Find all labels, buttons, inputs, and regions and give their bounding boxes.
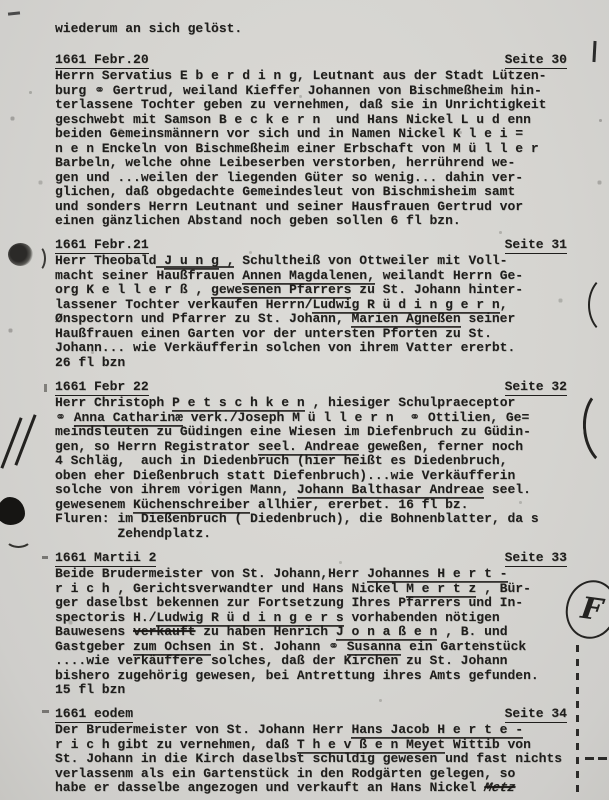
entry-page-ref: Seite 33	[505, 551, 567, 567]
entry-line: bishero zugehörig gewesen, bei Antrettun…	[55, 669, 592, 684]
paper-noise	[0, 0, 1, 1]
entry-date: 1661 Martii 2	[55, 551, 156, 567]
entry-line: Gastgeber zum Ochsen in St. Johann ⚭ Sus…	[55, 640, 592, 655]
double-slash-icon	[0, 417, 22, 468]
entry-line: Bauwesens verkauft zu haben Henrich J o …	[55, 625, 592, 640]
entry-line: gen, so Herrn Registrator seel. Andreae …	[55, 440, 592, 455]
entry-line: Der Brudermeister von St. Johann Herr Ha…	[55, 723, 592, 738]
entry-line: org K e l l e r ß , gewesenen Pfarrers z…	[55, 283, 592, 298]
dashed-margin-line	[576, 645, 579, 797]
entry-page-ref: Seite 32	[505, 380, 567, 396]
entry-line: solche von ihrem vorigen Mann, Johann Ba…	[55, 483, 592, 498]
entry-line: gen und ...weilen der liegenden Güter so…	[55, 171, 592, 186]
scanned-register-page: wiederum an sich gelöst. 1661 Febr.20Sei…	[0, 0, 609, 800]
entry-header: 1661 Febr.20Seite 30	[55, 53, 567, 69]
entry-date: 1661 Febr.21	[55, 238, 149, 254]
entry-line: oben eher Dießenbruch statt Diefenbruch)…	[55, 469, 592, 484]
entry-date: 1661 Febr.20	[55, 53, 149, 69]
entry-line: glichen, daß obgedachte Gemeindesleut vo…	[55, 185, 592, 200]
entry-line: geschwebt mit Samson B e c k e r n und H…	[55, 113, 592, 128]
entry-line: Herr Christoph P e t s c h k e n , hiesi…	[55, 396, 592, 411]
entry-page-ref: Seite 30	[505, 53, 567, 69]
entry-line: Herr Theobald J u n g , Schultheiß von O…	[55, 254, 592, 269]
entry-header: 1661 eodemSeite 34	[55, 707, 567, 723]
entry-line: Ønspectorn und Pfarrer zu St. Johann, Ma…	[55, 312, 592, 327]
entry-date: 1661 eodem	[55, 707, 133, 723]
circled-letter-label: F	[579, 593, 604, 626]
entry-line: Zehendplatz.	[55, 527, 592, 542]
entry-line: r i c h , Gerichtsverwandter und Hans Ni…	[55, 582, 592, 597]
entry-line: beiden Gemeinsmännern vor sich und in Na…	[55, 127, 592, 142]
entry-line: verlassenm als ein Gartenstück in den Ro…	[55, 767, 592, 782]
entry-header: 1661 Febr 22Seite 32	[55, 380, 567, 396]
entry-line: ⚭ Anna Catharinæ verk./Joseph M ü l l e …	[55, 411, 592, 426]
pen-tick-icon	[592, 41, 596, 62]
entry-line: lassener Tochter verkaufen Herrn/Ludwig …	[55, 298, 592, 313]
register-entry: 1661 eodemSeite 34Der Brudermeister von …	[55, 707, 592, 796]
entry-line: Herrn Servatius E b e r d i n g, Leutnan…	[55, 69, 592, 84]
entry-line: St. Johann in die Kirch daselbst schuldi…	[55, 752, 592, 767]
entry-date: 1661 Febr 22	[55, 380, 149, 396]
entry-line: 4 Schläg, auch in Diedenbruch (hier heiß…	[55, 454, 592, 469]
entry-line: und sonders Herrn Leutnant und seiner Ha…	[55, 200, 592, 215]
entry-line: r i c h gibt zu vernehmen, daß T h e v ß…	[55, 738, 592, 753]
pen-arc-icon	[5, 529, 32, 548]
entry-line: terlassene Tochter geben zu vernehmen, d…	[55, 98, 592, 113]
scan-speck-icon	[44, 384, 47, 392]
entry-header: 1661 Martii 2Seite 33	[55, 551, 567, 567]
pen-dash-icon	[8, 11, 20, 15]
entry-line: habe er dasselbe angezogen und verkauft …	[55, 781, 592, 796]
register-entry: 1661 Febr 22Seite 32Herr Christoph P e t…	[55, 380, 592, 541]
entry-line: macht seiner Haußfrauen Annen Magdalenen…	[55, 269, 592, 284]
entry-line: einen gänzlichen Abstand noch geben soll…	[55, 214, 592, 229]
entry-line: 26 fl bzn	[55, 356, 592, 371]
entry-line: ....wie verkäuffere solches, daß der Kir…	[55, 654, 592, 669]
scan-speck-icon	[42, 556, 48, 559]
entry-line: gewesenem Küchenschreiber allhier, ererb…	[55, 498, 592, 513]
register-entry: 1661 Febr.20Seite 30Herrn Servatius E b …	[55, 53, 592, 229]
entry-line: Johann... wie Verkäufferin solchen von i…	[55, 341, 592, 356]
entry-line: 15 fl bzn	[55, 683, 592, 698]
scan-speck-icon	[42, 710, 49, 713]
entry-header: 1661 Febr.21Seite 31	[55, 238, 567, 254]
entry-page-ref: Seite 34	[505, 707, 567, 723]
entry-page-ref: Seite 31	[505, 238, 567, 254]
hole-punch-icon	[0, 497, 25, 525]
register-entry: 1661 Febr.21Seite 31Herr Theobald J u n …	[55, 238, 592, 370]
entry-line: Barbeln, welche ohne Leibeserben verstor…	[55, 156, 592, 171]
entry-line: burg ⚭ Gertrud, weiland Kieffer Johannen…	[55, 84, 592, 99]
entry-line: spectoris H./Ludwig R ü d i n g e r s vo…	[55, 611, 592, 626]
register-entry: 1661 Martii 2Seite 33Beide Brudermeister…	[55, 551, 592, 698]
entry-line: Fluren: im Dießenbruch ( Diedenbruch), d…	[55, 512, 592, 527]
intro-line: wiederum an sich gelöst.	[55, 22, 242, 37]
entry-line: ger daselbst bekennen zur Fortsetzung Ih…	[55, 596, 592, 611]
pen-dash-icon	[585, 757, 594, 760]
entry-line: n e n Enckeln von Bischmeßheim einer Erb…	[55, 142, 592, 157]
ink-stamp-arc-icon	[29, 245, 46, 272]
pen-dash-icon	[598, 757, 607, 760]
entry-line: Haußfrauen einen Garten vor der unterste…	[55, 327, 592, 342]
entry-line: meindsleuten zu Güdingen eine Wiesen im …	[55, 425, 592, 440]
entry-line: Beide Brudermeister von St. Johann,Herr …	[55, 567, 592, 582]
